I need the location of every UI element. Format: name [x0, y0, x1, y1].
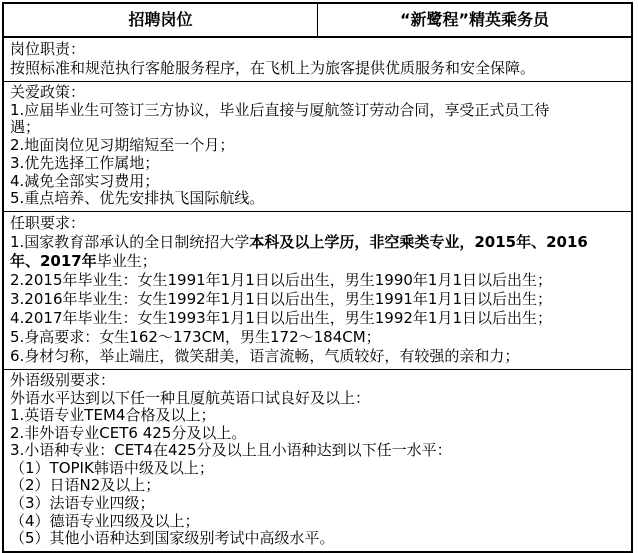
position-label: 招聘岗位: [128, 11, 192, 29]
job-requirements-line: 3.2016年毕业生：女生1992年1月1日以后出生，男生1991年1月1日以后…: [10, 290, 627, 309]
section-job-requirements: 任职要求： 1.国家教育部承认的全日制统招大学本科及以上学历，非空乘类专业，20…: [4, 211, 631, 369]
language-requirements-line: （4）德语专业四级及以上；: [10, 513, 627, 531]
section-language-requirements: 外语级别要求： 外语水平达到以下任一种且厦航英语口试良好及以上： 1.英语专业T…: [4, 369, 631, 541]
language-requirements-line: （1）TOPIK韩语中级及以上；: [10, 460, 627, 478]
job-requirements-line: 年、2017年毕业生；: [10, 252, 627, 271]
language-requirements-line: 3.小语种专业：CET4在425分及以上且小语种达到以下任一水平：: [10, 442, 627, 460]
table-header-row: 招聘岗位 “新鹭程”精英乘务员: [4, 4, 631, 38]
job-duties-title: 岗位职责：: [10, 40, 627, 59]
language-requirements-title: 外语级别要求：: [10, 372, 627, 390]
job-requirements-line: 1.国家教育部承认的全日制统招大学本科及以上学历，非空乘类专业，2015年、20…: [10, 233, 627, 252]
language-requirements-line: 2.非外语专业CET6 425分及以上。: [10, 425, 627, 443]
language-requirements-line: （3）法语专业四级；: [10, 495, 627, 513]
header-position-label-cell: 招聘岗位: [4, 4, 318, 36]
language-requirements-line: 1.英语专业TEM4合格及以上；: [10, 407, 627, 425]
job-duties-line: 按照标准和规范执行客舱服务程序，在飞机上为旅客提供优质服务和安全保障。: [10, 59, 627, 78]
language-requirements-intro: 外语水平达到以下任一种且厦航英语口试良好及以上：: [10, 390, 627, 408]
language-requirements-line: （5）其他小语种达到国家级别考试中高级水平。: [10, 530, 627, 541]
job-requirements-line: 2.2015年毕业生：女生1991年1月1日以后出生，男生1990年1月1日以后…: [10, 271, 627, 290]
req-item1-regular-start: 1.国家教育部承认的全日制统招大学: [10, 233, 249, 251]
care-policy-line: 3.优先选择工作属地；: [10, 155, 627, 173]
job-requirements-line: 4.2017年毕业生：女生1993年1月1日以后出生，男生1992年1月1日以后…: [10, 309, 627, 328]
section-job-duties: 岗位职责： 按照标准和规范执行客舱服务程序，在飞机上为旅客提供优质服务和安全保障…: [4, 38, 631, 81]
position-value: “新鹭程”精英乘务员: [400, 11, 549, 29]
job-requirements-line: 5.身高要求：女生162～173CM，男生172～184CM；: [10, 328, 627, 347]
header-position-value-cell: “新鹭程”精英乘务员: [318, 4, 631, 36]
care-policy-line: 1.应届毕业生可签订三方协议，毕业后直接与厦航签订劳动合同，享受正式员工待: [10, 102, 627, 120]
section-care-policy: 关爱政策： 1.应届毕业生可签订三方协议，毕业后直接与厦航签订劳动合同，享受正式…: [4, 81, 631, 211]
care-policy-line: 4.减免全部实习费用；: [10, 173, 627, 191]
care-policy-line: 5.重点培养、优先安排执飞国际航线。: [10, 190, 627, 208]
care-policy-title: 关爱政策：: [10, 84, 627, 102]
req-item1-bold-line1: 本科及以上学历，非空乘类专业，2015年、2016: [249, 233, 588, 251]
job-requirements-line: 6.身材匀称，举止端庄，微笑甜美，语言流畅，气质较好，有较强的亲和力；: [10, 347, 627, 366]
recruitment-table: 招聘岗位 “新鹭程”精英乘务员 岗位职责： 按照标准和规范执行客舱服务程序，在飞…: [2, 2, 633, 541]
care-policy-line: 遇；: [10, 119, 627, 137]
care-policy-line: 2.地面岗位见习期缩短至一个月；: [10, 137, 627, 155]
req-item1-regular-end: 毕业生；: [97, 252, 157, 270]
language-requirements-line: （2）日语N2及以上；: [10, 477, 627, 495]
req-item1-bold-line2: 年、2017年: [10, 252, 97, 270]
job-requirements-title: 任职要求：: [10, 214, 627, 233]
